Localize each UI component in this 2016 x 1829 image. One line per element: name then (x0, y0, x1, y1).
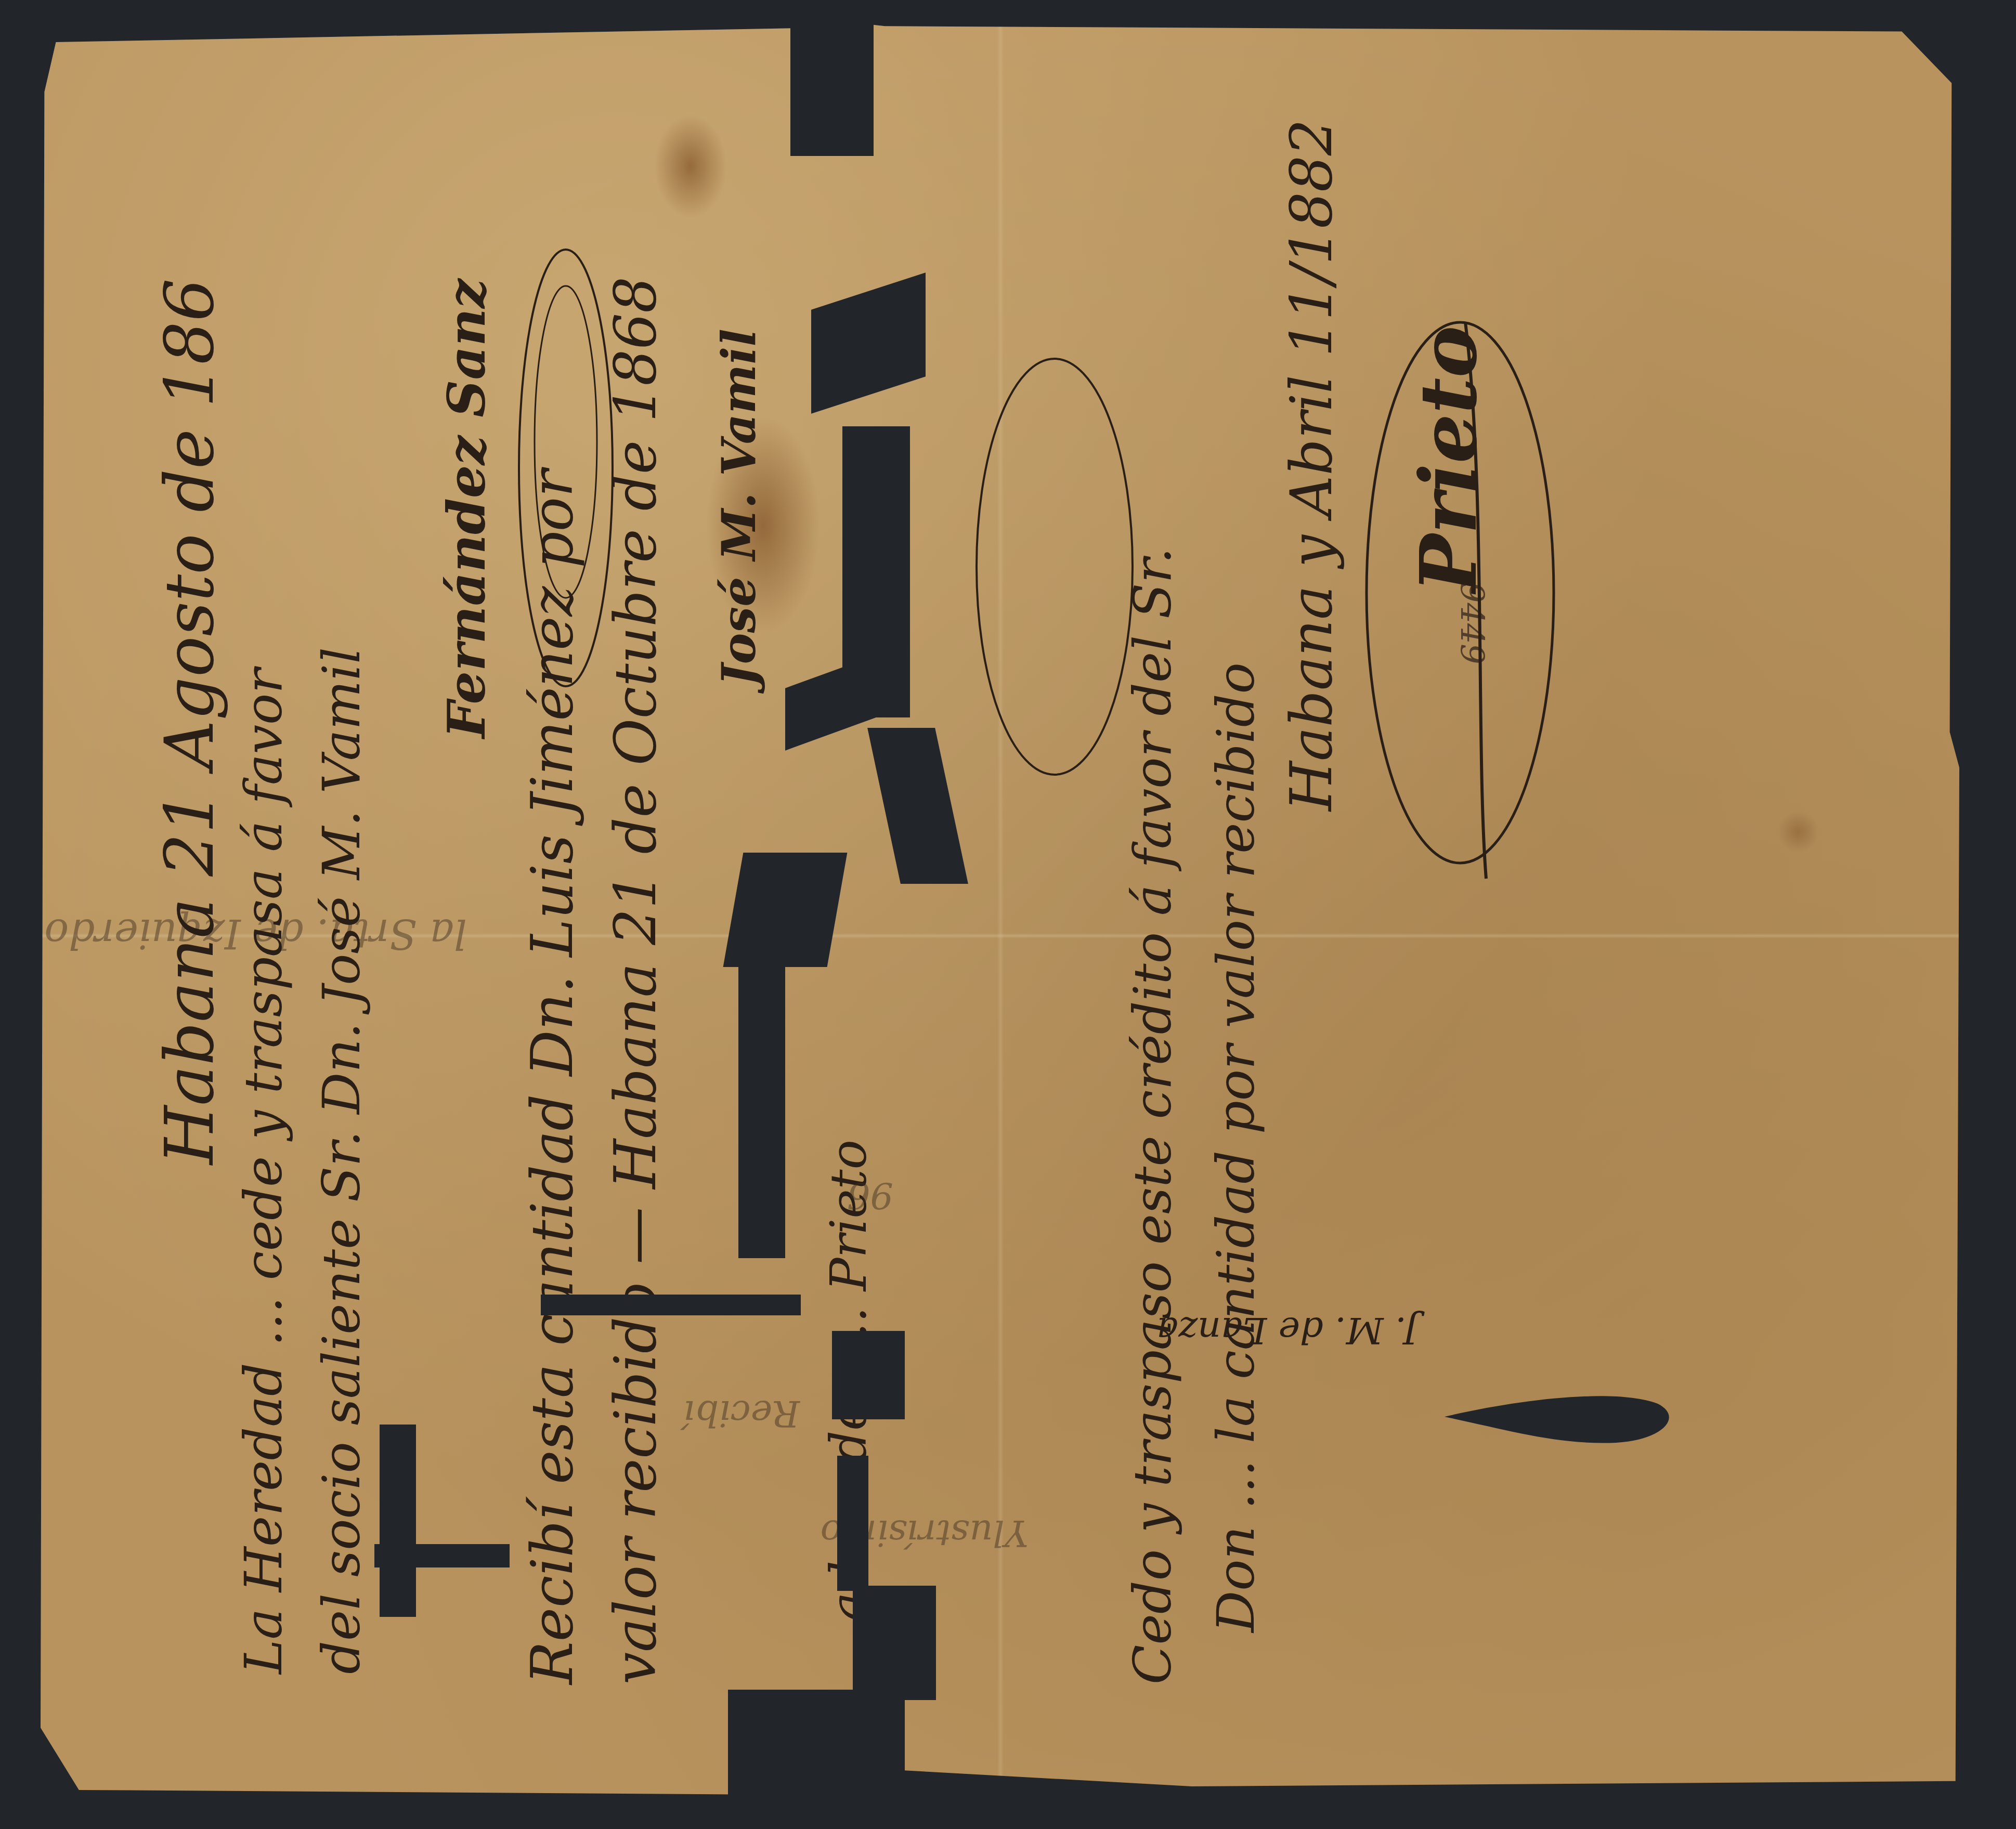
tear-damage (853, 1586, 936, 1700)
document-paper: la Srta. de Izquierdo Martínez Quintana … (41, 21, 1959, 1799)
body-line-2: del socio saliente Sr. Dn. José M. Vamil (311, 647, 372, 1674)
margin-initials: J. M. de Lanza (1156, 1309, 1419, 1352)
tear-damage (541, 1295, 801, 1315)
tear-damage (790, 21, 874, 156)
tear-damage (832, 1331, 905, 1419)
tear-damage (374, 1544, 510, 1567)
signature-flourish (1330, 281, 1590, 905)
teardrop-ink (1445, 1383, 1679, 1451)
tear-damage (723, 853, 848, 967)
signature-jose-vamil: José M. Vamil (711, 329, 766, 686)
ink-stain (654, 114, 727, 218)
tear-damage (728, 1690, 905, 1829)
tear-damage (837, 1456, 868, 1591)
ink-stain (1777, 811, 1819, 853)
tear-damage (738, 967, 785, 1258)
pencil-signature: Recibí (684, 1392, 800, 1435)
heading-date: Habana 21 Agosto de 186 (150, 279, 229, 1165)
body-line-1: La Heredad ... cede y traspasa á favor (233, 669, 294, 1674)
body-line-7: Don ... la cantidad por valor recibido (1205, 662, 1266, 1632)
flourish-loop (951, 333, 1159, 801)
tear-damage (380, 1425, 416, 1617)
small-number: 96 (847, 1174, 893, 1217)
signature-loops-fernandez (488, 208, 644, 728)
